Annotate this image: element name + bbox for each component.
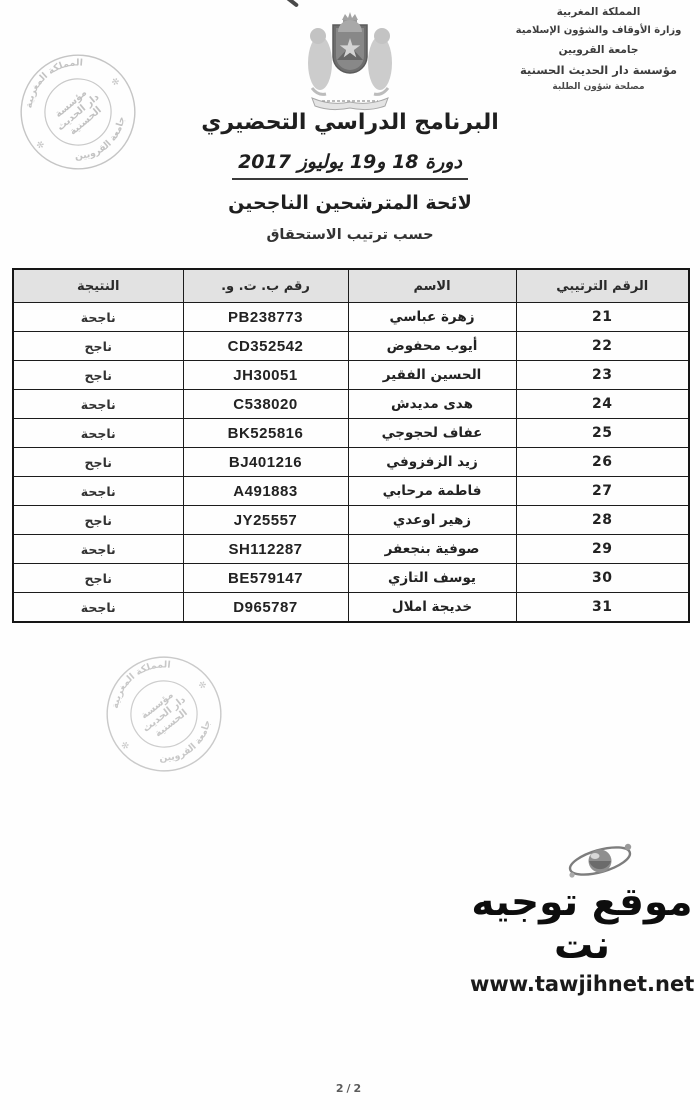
- result-cell: ناجحة: [13, 419, 183, 448]
- result-cell: ناجح: [13, 332, 183, 361]
- institution-stamp-bottom: المملكة المغربية جامعة القرويين ✻ ✻ مؤسس…: [77, 627, 251, 801]
- watermark-site-name: موقع توجيه نت: [470, 882, 694, 968]
- cin-cell: BK525816: [183, 419, 348, 448]
- rank-cell: 23: [516, 361, 689, 390]
- stamp-star-left: ✻: [34, 138, 47, 152]
- tawjihnet-logo-icon: [564, 840, 636, 882]
- name-cell: عفاف لحجوجي: [348, 419, 516, 448]
- result-cell: ناجح: [13, 506, 183, 535]
- table-row: 27 فاطمة مرحابي A491883 ناجحة: [13, 477, 689, 506]
- rank-cell: 28: [516, 506, 689, 535]
- header-name: الاسم: [348, 269, 516, 303]
- title-candidates-list: لائحة المترشحين الناجحين: [150, 192, 550, 214]
- table-row: 25 عفاف لحجوجي BK525816 ناجحة: [13, 419, 689, 448]
- institution-stamp-top: المملكة المغربية جامعة القرويين ✻ ✻ مؤسس…: [0, 25, 165, 200]
- rank-cell: 27: [516, 477, 689, 506]
- stamp-center-line1: مؤسسة: [139, 690, 176, 722]
- rank-cell: 30: [516, 564, 689, 593]
- name-cell: زيد الزفزوفي: [348, 448, 516, 477]
- rank-cell: 29: [516, 535, 689, 564]
- table-row: 28 زهير اوعدي JY25557 ناجح: [13, 506, 689, 535]
- stamp-center-line1: مؤسسة: [53, 87, 89, 120]
- cin-cell: BJ401216: [183, 448, 348, 477]
- header-cin: رقم ب. ت. و.: [183, 269, 348, 303]
- result-cell: ناجحة: [13, 477, 183, 506]
- stamp-outer-top-text: المملكة المغربية: [13, 45, 88, 113]
- cin-cell: CD352542: [183, 332, 348, 361]
- table-row: 26 زيد الزفزوفي BJ401216 ناجح: [13, 448, 689, 477]
- page-number: 2/2: [0, 1082, 700, 1095]
- stamp-center-line3: الحسنية: [68, 105, 104, 138]
- table-row: 22 أيوب محفوض CD352542 ناجح: [13, 332, 689, 361]
- table-row: 30 يوسف التازي BE579147 ناجح: [13, 564, 689, 593]
- header-result: النتيجة: [13, 269, 183, 303]
- letterhead-university: جامعة القرويين: [501, 44, 696, 56]
- rank-cell: 26: [516, 448, 689, 477]
- table-row: 29 صوفية بنجعفر SH112287 ناجحة: [13, 535, 689, 564]
- letterhead-institution: مؤسسة دار الحديث الحسنية: [501, 63, 696, 77]
- letterhead-service: مصلحة شؤون الطلبة: [501, 82, 696, 92]
- stamp-outer-top-text: المملكة المغربية: [100, 647, 176, 714]
- stamp-star-right: ✻: [197, 679, 210, 693]
- stamp-center-line3: الحسنية: [153, 707, 190, 739]
- svg-text:المملكة المغربية: المملكة المغربية: [100, 647, 176, 714]
- name-cell: صوفية بنجعفر: [348, 535, 516, 564]
- cin-cell: JY25557: [183, 506, 348, 535]
- cin-cell: SH112287: [183, 535, 348, 564]
- table-row: 23 الحسين الفقير JH30051 ناجح: [13, 361, 689, 390]
- name-cell: يوسف التازي: [348, 564, 516, 593]
- rank-cell: 22: [516, 332, 689, 361]
- stamp-star-left: ✻: [119, 739, 132, 753]
- scanned-document-page: { "colors":{"stamp_gray":"#a8a8a8","tabl…: [0, 0, 700, 1110]
- result-cell: ناجحة: [13, 535, 183, 564]
- svg-text:المملكة المغربية: المملكة المغربية: [13, 45, 88, 113]
- result-cell: ناجحة: [13, 593, 183, 623]
- watermark-site-url: www.tawjihnet.net: [470, 972, 694, 996]
- stamp-outer-bottom-text: جامعة القرويين: [70, 111, 136, 172]
- letterhead: المملكة المغربية وزارة الأوقاف والشؤون ا…: [501, 6, 696, 92]
- name-cell: الحسين الفقير: [348, 361, 516, 390]
- scan-artifact: [281, 0, 299, 8]
- title-merit-order: حسب ترتيب الاستحقاق: [150, 227, 550, 243]
- results-table: الرقم الترتيبي الاسم رقم ب. ت. و. النتيج…: [12, 268, 690, 623]
- name-cell: زهير اوعدي: [348, 506, 516, 535]
- name-cell: هدى مديدش: [348, 390, 516, 419]
- rank-cell: 21: [516, 303, 689, 332]
- cin-cell: C538020: [183, 390, 348, 419]
- result-cell: ناجحة: [13, 303, 183, 332]
- rank-cell: 25: [516, 419, 689, 448]
- stamp-outer-bottom-text: جامعة القرويين: [154, 715, 221, 774]
- title-program: البرنامج الدراسي التحضيري: [150, 110, 550, 135]
- stamp-star-right: ✻: [110, 75, 123, 89]
- result-cell: ناجح: [13, 564, 183, 593]
- stamp-center-line2: دار الحديث: [55, 92, 101, 133]
- cin-cell: A491883: [183, 477, 348, 506]
- name-cell: خديجة املال: [348, 593, 516, 623]
- table-row: 24 هدى مديدش C538020 ناجحة: [13, 390, 689, 419]
- result-cell: ناجح: [13, 361, 183, 390]
- cin-cell: JH30051: [183, 361, 348, 390]
- name-cell: أيوب محفوض: [348, 332, 516, 361]
- document-titles: البرنامج الدراسي التحضيري دورة 18 و19 يو…: [150, 110, 550, 243]
- cin-cell: PB238773: [183, 303, 348, 332]
- header-rank: الرقم الترتيبي: [516, 269, 689, 303]
- rank-cell: 24: [516, 390, 689, 419]
- cin-cell: BE579147: [183, 564, 348, 593]
- name-cell: زهرة عباسي: [348, 303, 516, 332]
- stamp-center-line2: دار الحديث: [141, 694, 188, 734]
- svg-text:جامعة القرويين: جامعة القرويين: [70, 111, 136, 172]
- svg-text:جامعة القرويين: جامعة القرويين: [154, 715, 221, 774]
- table-header-row: الرقم الترتيبي الاسم رقم ب. ت. و. النتيج…: [13, 269, 689, 303]
- table-row: 31 خديجة املال D965787 ناجحة: [13, 593, 689, 623]
- rank-cell: 31: [516, 593, 689, 623]
- results-table-body: 21 زهرة عباسي PB238773 ناجحة 22 أيوب محف…: [13, 303, 689, 623]
- title-session-date: دورة 18 و19 يوليوز 2017: [232, 151, 468, 180]
- result-cell: ناجحة: [13, 390, 183, 419]
- letterhead-kingdom: المملكة المغربية: [501, 6, 696, 18]
- result-cell: ناجح: [13, 448, 183, 477]
- table-row: 21 زهرة عباسي PB238773 ناجحة: [13, 303, 689, 332]
- name-cell: فاطمة مرحابي: [348, 477, 516, 506]
- cin-cell: D965787: [183, 593, 348, 623]
- tawjihnet-watermark: موقع توجيه نت www.tawjihnet.net: [470, 840, 694, 996]
- coat-of-arms-icon: [300, 8, 400, 113]
- letterhead-ministry: وزارة الأوقاف والشؤون الإسلامية: [501, 25, 696, 36]
